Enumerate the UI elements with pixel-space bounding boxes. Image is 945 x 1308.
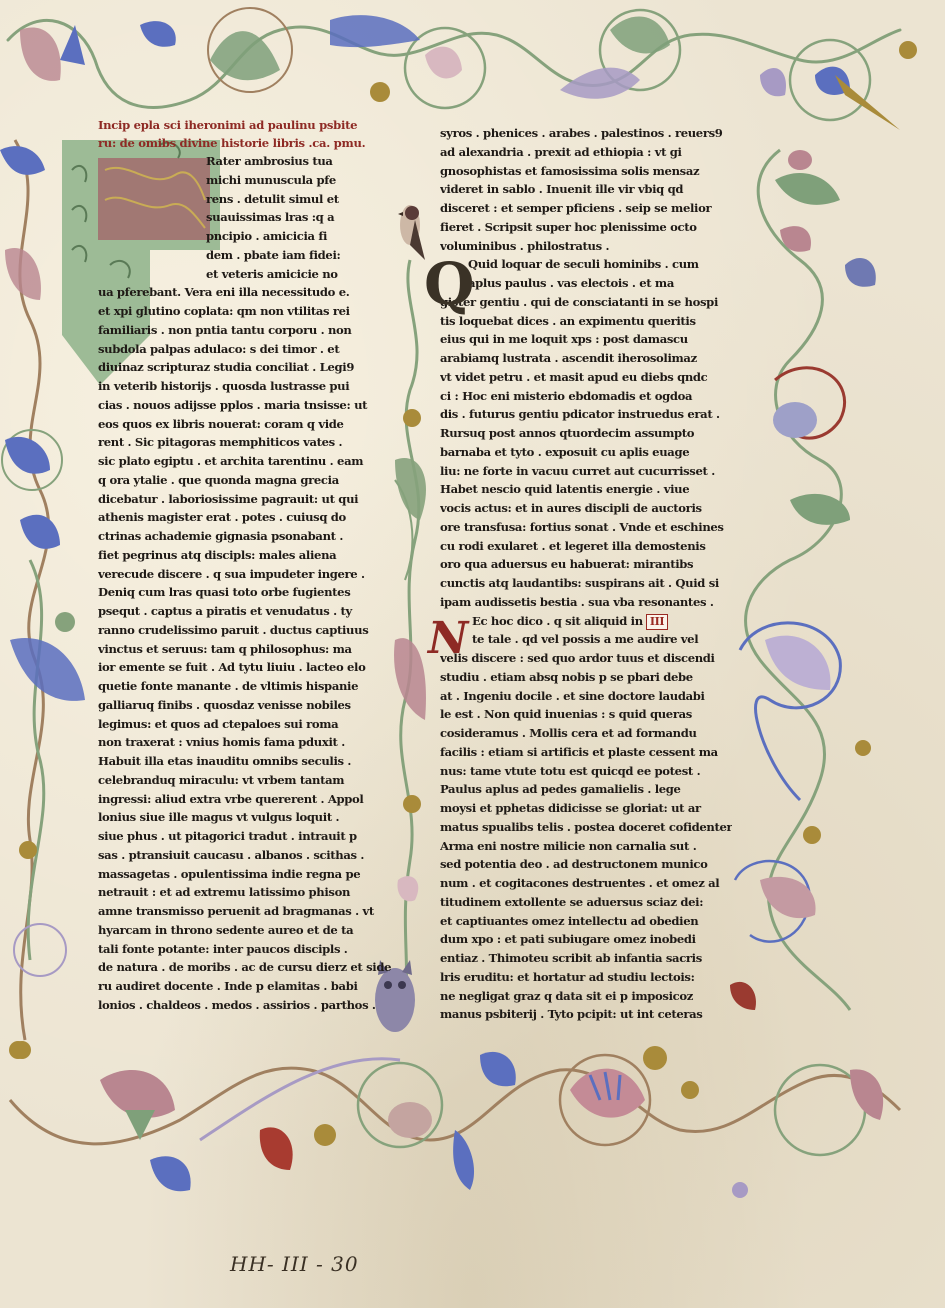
text-line: ore transfusa: fortius sonat . Vnde et e… (440, 518, 732, 537)
text-line: dum xpo : et pati subiugare omez inobedi (440, 930, 732, 949)
text-line: manus psbiterij . Tyto pcipit: ut int ce… (440, 1005, 732, 1024)
text-line: hyarcam in throno sedente aureo et de ta (98, 921, 398, 940)
text-line: dis . futurus gentiu pdicator instruedus… (440, 405, 732, 424)
text-line: ingressi: aliud extra vrbe quererent . A… (98, 790, 398, 809)
top-vine-icon (8, 8, 900, 120)
text-line: quetie fonte manante . de vltimis hispan… (98, 677, 398, 696)
initial-Q: Q (424, 254, 470, 326)
text-line: eius qui in me loquit xps : post damascu (440, 330, 732, 349)
text-line: fieret . Scripsit super hoc plenissime o… (440, 218, 732, 237)
text-line: in veterib historijs . quosda lustrasse … (98, 377, 398, 396)
text-line: Paulus aplus ad pedes gamalielis . lege (440, 780, 732, 799)
text-line: eos quos ex libris nouerat: coram q vide (98, 415, 398, 434)
text-line: gister gentiu . qui de consciatanti in s… (440, 293, 732, 312)
text-line: Deniq cum lras quasi toto orbe fugientes (98, 583, 398, 602)
text-line: familiaris . non pntia tantu corporu . n… (98, 321, 398, 340)
text-line: dicebatur . laboriosissime pagrauit: ut … (98, 490, 398, 509)
text-line: Rursuq post annos qtuordecim assumpto (440, 424, 732, 443)
text-line: rens . detulit simul et (98, 190, 398, 209)
text-line: fiet pegrinus atq discipls: males aliena (98, 546, 398, 565)
text-line: ranno crudelissimo paruit . ductus capti… (98, 621, 398, 640)
text-line: velis discere : sed quo ardor tuus et di… (440, 649, 732, 668)
text-line: dem . pbate iam fidei: (98, 246, 398, 265)
text-line: nus: tame vtute totu est quicqd ee potes… (440, 762, 732, 781)
text-line: Rater ambrosius tua (98, 152, 398, 171)
text-line: sed potentia deo . ad destructonem munic… (440, 855, 732, 874)
text-line: te tale . qd vel possis a me audire vel (440, 630, 732, 649)
text-line: et captiuantes omez intellectu ad obedie… (440, 912, 732, 931)
text-line: matus spualibs telis . postea doceret co… (440, 818, 732, 837)
text-line: Arma eni nostre milicie non carnalia sut… (440, 837, 732, 856)
text-line: ipam audissetis bestia . sua vba resonan… (440, 593, 732, 612)
bottom-flowers-icon (13, 1041, 883, 1198)
text-line: et xpi glutino coplata: qm non vtilitas … (98, 302, 398, 321)
text-line: rent . Sic pitagoras memphiticos vates . (98, 433, 398, 452)
text-line: ne negligat graz q data sit ei p imposic… (440, 987, 732, 1006)
center-leaves-icon (394, 409, 426, 901)
right-text-column: syros . phenices . arabes . palestinos .… (440, 124, 732, 1024)
text-line: lonius siue ille magus vt vulgus loquit … (98, 808, 398, 827)
text-line: Ec hoc dico . q sit aliquid inIII (440, 612, 732, 631)
rubric-line: ru: de omibs divine historie libris .ca.… (98, 134, 398, 152)
text-line: lonios . chaldeos . medos . assirios . p… (98, 996, 398, 1015)
text-line: netrauit : et ad extremu latissimo phiso… (98, 883, 398, 902)
left-vine-icon (2, 140, 66, 1040)
text-line: oro qua aduersus eu habuerat: mirantibs (440, 555, 732, 574)
text-line: Quid loquar de seculi hominibs . cum (440, 255, 732, 274)
text-line: vinctus et seruus: tam q philosophus: ma (98, 640, 398, 659)
text-line: pncipio . amicicia fi (98, 227, 398, 246)
text-line: vocis actus: et in aures discipli de auc… (440, 499, 732, 518)
text-line: ad alexandria . prexit ad ethiopia : vt … (440, 143, 732, 162)
text-line: subdola palpas adulaco: s dei timor . et (98, 340, 398, 359)
text-line: cu rodi exularet . et legeret illa demos… (440, 537, 732, 556)
text-line: diuinaz scripturaz studia conciliat . Le… (98, 358, 398, 377)
text-line: num . et cogitacones destruentes . et om… (440, 874, 732, 893)
rubric-line: Incip epla sci iheronimi ad paulinu psbi… (98, 116, 398, 134)
left-text-column: Rater ambrosius tua michi munuscula pfe … (98, 152, 398, 1015)
text-line: massagetas . opulentissima indie regna p… (98, 865, 398, 884)
text-line: facilis : etiam si artificis et plaste c… (440, 743, 732, 762)
text-line: liu: ne forte in vacuu curret aut cucurr… (440, 462, 732, 481)
center-vine-icon (395, 260, 419, 1000)
right-leaves-icon (730, 150, 876, 1010)
text-line: michi munuscula pfe (98, 171, 398, 190)
right-vine-icon (735, 150, 850, 1010)
text-line: sic plato egiptu . et archita tarentinu … (98, 452, 398, 471)
text-line: lris eruditu: et hortatur ad studiu lect… (440, 968, 732, 987)
text-line: tis loquebat dices . an expimentu querit… (440, 312, 732, 331)
text-line: studiu . etiam absq nobis p se pbari deb… (440, 668, 732, 687)
text-line: ua pferebant. Vera eni illa necessitudo … (98, 283, 398, 302)
text-line: q ora ytalie . que quonda magna grecia (98, 471, 398, 490)
left-leaves-icon (0, 146, 85, 1059)
bird-icon (398, 205, 425, 260)
manuscript-page: Incip epla sci iheronimi ad paulinu psbi… (0, 0, 945, 1308)
text-line: moysi et pphetas didicisse se gloriat: u… (440, 799, 732, 818)
text-line: siue phus . ut pitagorici tradut . intra… (98, 827, 398, 846)
text-line: gnosophistas et famosissima solis mensaz (440, 162, 732, 181)
initial-Q-letter: Q (424, 250, 475, 318)
text-line: entiaz . Thimoteu scribit ab infantia sa… (440, 949, 732, 968)
text-line: Habuit illa etas inauditu omnibs seculis… (98, 752, 398, 771)
top-leaves-icon (20, 15, 917, 130)
text-line: voluminibus . philostratus . (440, 237, 732, 256)
text-line: ctrinas achademie gignasia psonabant . (98, 527, 398, 546)
initial-N-letter: N (428, 613, 468, 664)
text-line: ci : Hoc eni misterio ebdomadis et ogdoa (440, 387, 732, 406)
text-line: de natura . de moribs . ac de cursu dier… (98, 958, 398, 977)
text-line: cosideramus . Mollis cera et ad formandu (440, 724, 732, 743)
text-line: suauissimas lras :q a (98, 208, 398, 227)
text-line: at . Ingeniu docile . et sine doctore la… (440, 687, 732, 706)
text-line: vt videt petru . et masit apud eu diebs … (440, 368, 732, 387)
text-span: Ec hoc dico . q sit aliquid in (472, 614, 643, 628)
text-line: disceret : et semper pficiens . seip se … (440, 199, 732, 218)
text-line: arabiamq lustrata . ascendit iherosolima… (440, 349, 732, 368)
text-line: cias . nouos adijsse pplos . maria tnsis… (98, 396, 398, 415)
text-line: cunctis atq laudantibs: suspirans ait . … (440, 574, 732, 593)
text-line: psequt . captus a piratis et venudatus .… (98, 602, 398, 621)
text-line: galliaruq finibs . quosdaz venisse nobil… (98, 696, 398, 715)
text-line: legimus: et quos ad ctepaloes sui roma (98, 715, 398, 734)
text-line: ru audiret docente . Inde p elamitas . b… (98, 977, 398, 996)
text-line: et veteris amicicie no (98, 265, 398, 284)
text-line: non traxerat : vnius homis fama pduxit . (98, 733, 398, 752)
text-line: Habet nescio quid latentis energie . viu… (440, 480, 732, 499)
text-line: celebranduq miraculu: vt vrbem tantam (98, 771, 398, 790)
text-line: barnaba et tyto . exposuit cu aplis euag… (440, 443, 732, 462)
text-line: verecude discere . q sua impudeter inger… (98, 565, 398, 584)
text-line: le est . Non quid inuenias : s quid quer… (440, 705, 732, 724)
section-marker: III (646, 614, 668, 630)
text-line: tali fonte potante: inter paucos discipl… (98, 940, 398, 959)
rubric-heading: Incip epla sci iheronimi ad paulinu psbi… (98, 116, 398, 152)
shelfmark: HH- III - 30 (230, 1252, 359, 1276)
text-line: amne transmisso peruenit ad bragmanas . … (98, 902, 398, 921)
text-line: sas . ptransiuit caucasu . albanos . sci… (98, 846, 398, 865)
bottom-vine-icon (10, 1055, 900, 1155)
text-line: aplus paulus . vas electois . et ma (440, 274, 732, 293)
text-line: titudinem extollente se aduersus sciaz d… (440, 893, 732, 912)
text-line: syros . phenices . arabes . palestinos .… (440, 124, 732, 143)
text-line: videret in sablo . Inuenit ille vir vbiq… (440, 180, 732, 199)
text-line: ior emente se fuit . Ad tytu liuiu . lac… (98, 658, 398, 677)
initial-N: N (428, 617, 478, 661)
text-line: athenis magister erat . potes . cuiusq d… (98, 508, 398, 527)
